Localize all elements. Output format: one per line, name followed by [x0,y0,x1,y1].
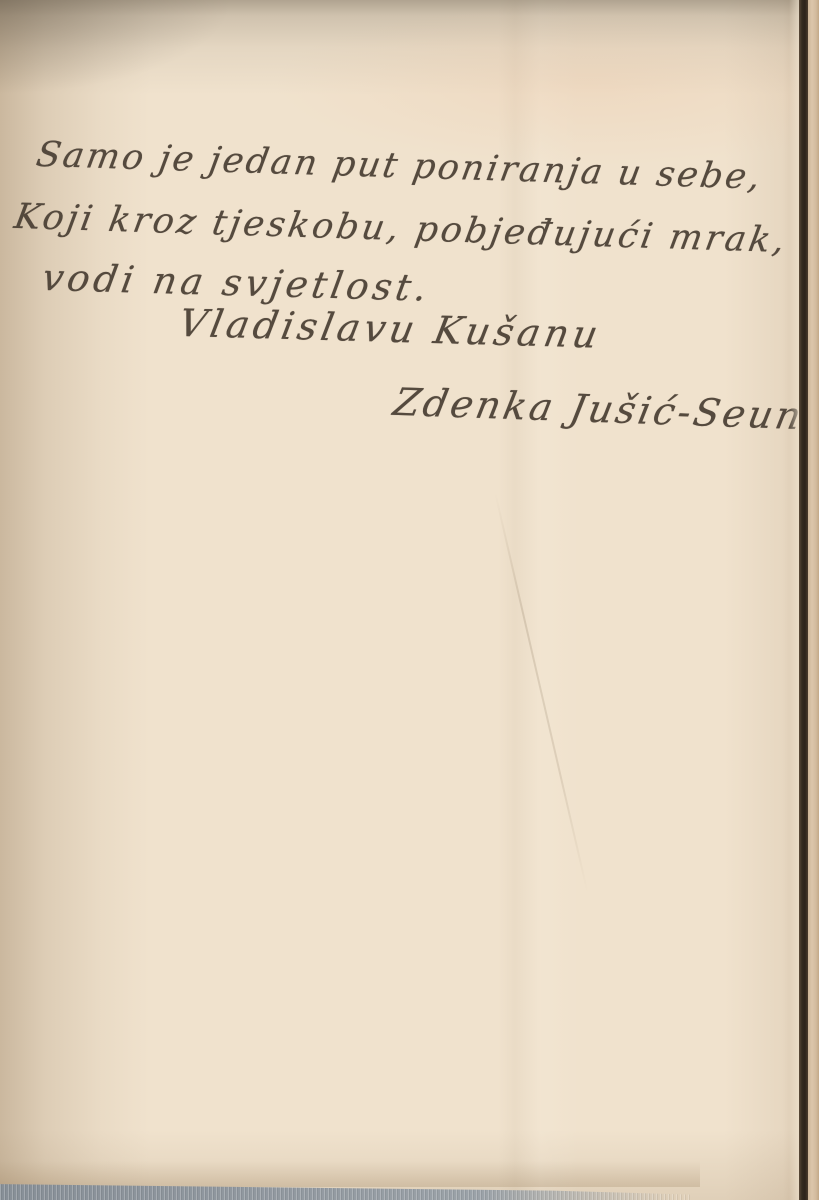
paper-crease [494,492,589,894]
author-signature: Zdenka Jušić-Seunik [390,382,819,439]
inscription-line-1: Samo je jedan put poniranja u sebe, [33,136,765,197]
dedicatee-name: Vladislavu Kušanu [175,303,605,356]
inscription-line-2: Koji kroz tjeskobu, pobjeđujući mrak, [11,198,790,261]
adjacent-page-edge [808,0,819,1200]
page-edge-line [799,0,808,1200]
bottom-page-curl-shadow [0,1161,700,1187]
scanned-book-page: Samo je jedan put poniranja u sebe, Koji… [0,0,819,1200]
page-edge-highlight [789,0,799,1200]
